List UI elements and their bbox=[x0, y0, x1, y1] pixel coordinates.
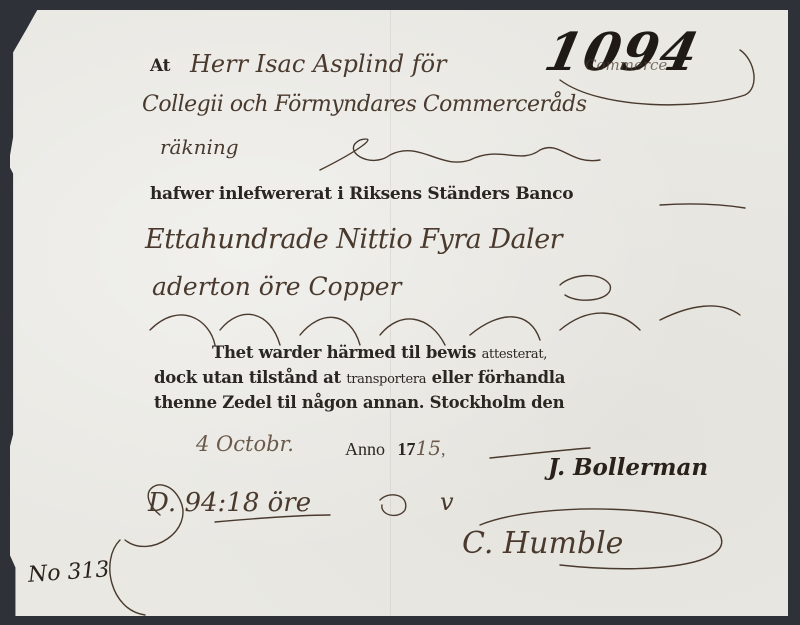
pen-flourishes bbox=[0, 0, 800, 625]
